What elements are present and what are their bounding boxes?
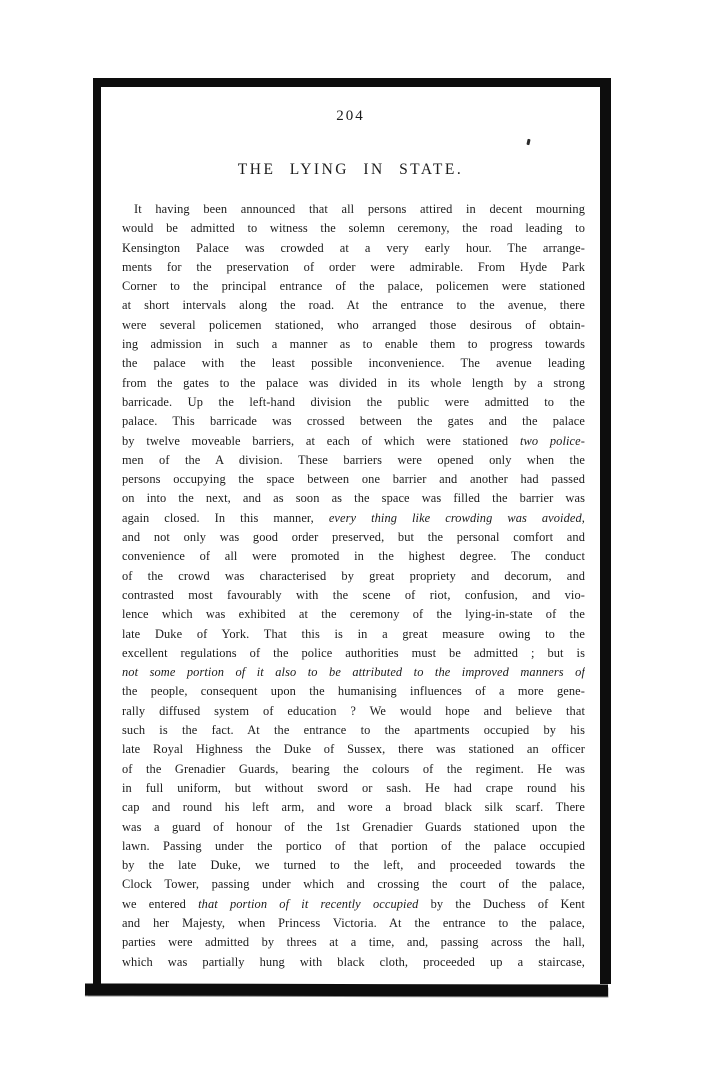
- text-line: contrasted most favourably with the scen…: [122, 586, 585, 605]
- text-line: parties were admitted by threes at a tim…: [122, 933, 585, 952]
- page-frame: 204 THE LYING IN STATE. It having been a…: [93, 78, 611, 984]
- text-line: and her Majesty, when Princess Victoria.…: [122, 914, 585, 933]
- text-line: excellent regulations of the police auth…: [122, 644, 585, 663]
- text-line: such is the fact. At the entrance to the…: [122, 721, 585, 740]
- text-line: men of the A division. These barriers we…: [122, 451, 585, 470]
- text-line: It having been announced that all person…: [122, 200, 585, 219]
- text-line: again closed. In this manner, every thin…: [122, 509, 585, 528]
- text-line: the palace with the least possible incon…: [122, 354, 585, 373]
- text-line: late Royal Highness the Duke of Sussex, …: [122, 740, 585, 759]
- text-line: Clock Tower, passing under which and cro…: [122, 875, 585, 894]
- frame-bottom-edge: [85, 983, 608, 996]
- page-number: 204: [101, 108, 600, 125]
- text-line: palace. This barricade was crossed betwe…: [122, 412, 585, 431]
- text-line: were several policemen stationed, who ar…: [122, 316, 585, 335]
- text-line: and not only was good order preserved, b…: [122, 528, 585, 547]
- text-line: of the Grenadier Guards, bearing the col…: [122, 760, 585, 779]
- text-line: Kensington Palace was crowded at a very …: [122, 239, 585, 258]
- text-line: from the gates to the palace was divided…: [122, 374, 585, 393]
- text-line: by twelve moveable barriers, at each of …: [122, 432, 585, 451]
- text-line: on into the next, and as soon as the spa…: [122, 489, 585, 508]
- text-line: rally diffused system of education ? We …: [122, 702, 585, 721]
- text-line: late Duke of York. That this is in a gre…: [122, 625, 585, 644]
- text-line: in full uniform, but without sword or sa…: [122, 779, 585, 798]
- text-line: the people, consequent upon the humanisi…: [122, 682, 585, 701]
- text-line: convenience of all were promoted in the …: [122, 547, 585, 566]
- body-paragraph: It having been announced that all person…: [122, 200, 585, 972]
- text-line: ments for the preservation of order were…: [122, 258, 585, 277]
- text-line: persons occupying the space between one …: [122, 470, 585, 489]
- text-line: barricade. Up the left-hand division the…: [122, 393, 585, 412]
- text-line: not some portion of it also to be attrib…: [122, 663, 585, 682]
- text-line: of the crowd was characterised by great …: [122, 567, 585, 586]
- text-line: Corner to the principal entrance of the …: [122, 277, 585, 296]
- text-line: would be admitted to witness the solemn …: [122, 219, 585, 238]
- text-line: we entered that portion of it recently o…: [122, 895, 585, 914]
- text-line: at short intervals along the road. At th…: [122, 296, 585, 315]
- text-line: lence which was exhibited at the ceremon…: [122, 605, 585, 624]
- text-line: cap and round his left arm, and wore a b…: [122, 798, 585, 817]
- text-line: lawn. Passing under the portico of that …: [122, 837, 585, 856]
- text-line: by the late Duke, we turned to the left,…: [122, 856, 585, 875]
- text-line: was a guard of honour of the 1st Grenadi…: [122, 818, 585, 837]
- text-line: which was partially hung with black clot…: [122, 953, 585, 972]
- page-title: THE LYING IN STATE.: [101, 161, 600, 179]
- text-line: ing admission in such a manner as to ena…: [122, 335, 585, 354]
